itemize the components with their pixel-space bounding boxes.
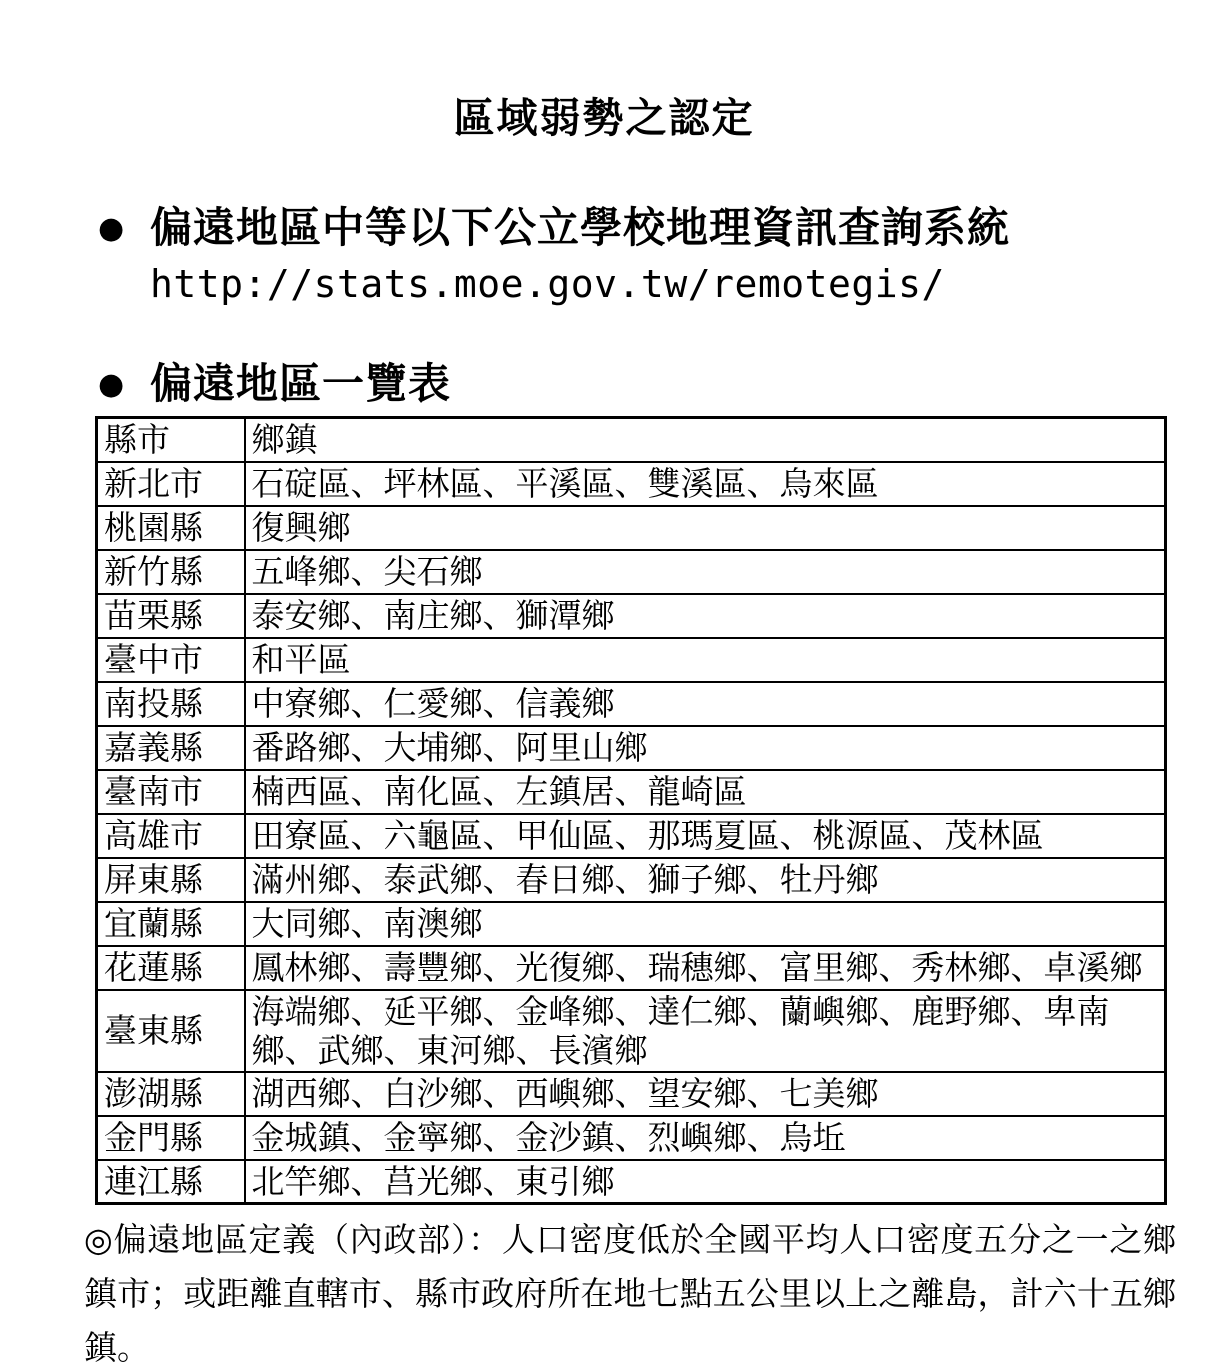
- county-cell: 澎湖縣: [97, 1072, 245, 1116]
- townships-column-header: 鄉鎮: [245, 418, 1166, 462]
- table-row: 宜蘭縣大同鄉、南澳鄉: [97, 902, 1166, 946]
- townships-cell: 田寮區、六龜區、甲仙區、那瑪夏區、桃源區、茂林區: [245, 814, 1166, 858]
- townships-cell: 泰安鄉、南庄鄉、獅潭鄉: [245, 594, 1166, 638]
- table-row: 嘉義縣番路鄉、大埔鄉、阿里山鄉: [97, 726, 1166, 770]
- gis-system-url: http://stats.moe.gov.tw/remotegis/: [150, 262, 1010, 306]
- county-cell: 新竹縣: [97, 550, 245, 594]
- county-cell: 高雄市: [97, 814, 245, 858]
- county-cell: 宜蘭縣: [97, 902, 245, 946]
- table-row: 金門縣金城鎮、金寧鄉、金沙鎮、烈嶼鄉、烏坵: [97, 1116, 1166, 1160]
- townships-cell: 鳳林鄉、壽豐鄉、光復鄉、瑞穗鄉、富里鄉、秀林鄉、卓溪鄉: [245, 946, 1166, 990]
- table-row: 臺中市和平區: [97, 638, 1166, 682]
- county-cell: 花蓮縣: [97, 946, 245, 990]
- table-row: 高雄市田寮區、六龜區、甲仙區、那瑪夏區、桃源區、茂林區: [97, 814, 1166, 858]
- page-title: 區域弱勢之認定: [0, 0, 1208, 142]
- townships-cell: 金城鎮、金寧鄉、金沙鎮、烈嶼鄉、烏坵: [245, 1116, 1166, 1160]
- county-cell: 苗栗縣: [97, 594, 245, 638]
- table-body: 新北市石碇區、坪林區、平溪區、雙溪區、烏來區桃園縣復興鄉新竹縣五峰鄉、尖石鄉苗栗…: [97, 462, 1166, 1204]
- townships-cell: 五峰鄉、尖石鄉: [245, 550, 1166, 594]
- section-remote-area-list: ● 偏遠地區一覽表: [98, 360, 1168, 410]
- table-row: 屏東縣滿州鄉、泰武鄉、春日鄉、獅子鄉、牡丹鄉: [97, 858, 1166, 902]
- section-gis-system: ● 偏遠地區中等以下公立學校地理資訊查詢系統 http://stats.moe.…: [98, 204, 1168, 306]
- table-row: 新北市石碇區、坪林區、平溪區、雙溪區、烏來區: [97, 462, 1166, 506]
- townships-cell: 中寮鄉、仁愛鄉、信義鄉: [245, 682, 1166, 726]
- county-cell: 臺中市: [97, 638, 245, 682]
- table-row: 澎湖縣湖西鄉、白沙鄉、西嶼鄉、望安鄉、七美鄉: [97, 1072, 1166, 1116]
- county-cell: 桃園縣: [97, 506, 245, 550]
- townships-cell: 和平區: [245, 638, 1166, 682]
- townships-cell: 滿州鄉、泰武鄉、春日鄉、獅子鄉、牡丹鄉: [245, 858, 1166, 902]
- table-header: 縣市 鄉鎮: [97, 418, 1166, 462]
- table-row: 南投縣中寮鄉、仁愛鄉、信義鄉: [97, 682, 1166, 726]
- remote-areas-table: 縣市 鄉鎮 新北市石碇區、坪林區、平溪區、雙溪區、烏來區桃園縣復興鄉新竹縣五峰鄉…: [95, 416, 1167, 1205]
- county-cell: 金門縣: [97, 1116, 245, 1160]
- remote-area-list-label: 偏遠地區一覽表: [150, 360, 451, 408]
- document-page: 區域弱勢之認定 ● 偏遠地區中等以下公立學校地理資訊查詢系統 http://st…: [0, 0, 1208, 1372]
- townships-cell: 海端鄉、延平鄉、金峰鄉、達仁鄉、蘭嶼鄉、鹿野鄉、卑南鄉、武鄉、東河鄉、長濱鄉: [245, 990, 1166, 1072]
- county-column-header: 縣市: [97, 418, 245, 462]
- bullet-icon: ●: [98, 204, 150, 254]
- townships-cell: 楠西區、南化區、左鎮居、龍崎區: [245, 770, 1166, 814]
- gis-system-body: 偏遠地區中等以下公立學校地理資訊查詢系統 http://stats.moe.go…: [150, 204, 1010, 306]
- county-cell: 連江縣: [97, 1160, 245, 1204]
- table-header-row: 縣市 鄉鎮: [97, 418, 1166, 462]
- table-row: 新竹縣五峰鄉、尖石鄉: [97, 550, 1166, 594]
- townships-cell: 復興鄉: [245, 506, 1166, 550]
- bullet-icon: ●: [98, 360, 150, 410]
- county-cell: 新北市: [97, 462, 245, 506]
- table-row: 苗栗縣泰安鄉、南庄鄉、獅潭鄉: [97, 594, 1166, 638]
- townships-cell: 湖西鄉、白沙鄉、西嶼鄉、望安鄉、七美鄉: [245, 1072, 1166, 1116]
- townships-cell: 大同鄉、南澳鄉: [245, 902, 1166, 946]
- table-row: 花蓮縣鳳林鄉、壽豐鄉、光復鄉、瑞穗鄉、富里鄉、秀林鄉、卓溪鄉: [97, 946, 1166, 990]
- table-row: 桃園縣復興鄉: [97, 506, 1166, 550]
- county-cell: 屏東縣: [97, 858, 245, 902]
- townships-cell: 番路鄉、大埔鄉、阿里山鄉: [245, 726, 1166, 770]
- county-cell: 南投縣: [97, 682, 245, 726]
- townships-cell: 石碇區、坪林區、平溪區、雙溪區、烏來區: [245, 462, 1166, 506]
- gis-system-label: 偏遠地區中等以下公立學校地理資訊查詢系統: [150, 204, 1010, 252]
- county-cell: 臺東縣: [97, 990, 245, 1072]
- remote-area-definition-footnote: ◎偏遠地區定義（內政部）：人口密度低於全國平均人口密度五分之一之鄉鎮市；或距離直…: [84, 1213, 1176, 1372]
- county-cell: 臺南市: [97, 770, 245, 814]
- townships-cell: 北竿鄉、莒光鄉、東引鄉: [245, 1160, 1166, 1204]
- table-row: 臺南市楠西區、南化區、左鎮居、龍崎區: [97, 770, 1166, 814]
- county-cell: 嘉義縣: [97, 726, 245, 770]
- table-row: 臺東縣海端鄉、延平鄉、金峰鄉、達仁鄉、蘭嶼鄉、鹿野鄉、卑南鄉、武鄉、東河鄉、長濱…: [97, 990, 1166, 1072]
- table-row: 連江縣北竿鄉、莒光鄉、東引鄉: [97, 1160, 1166, 1204]
